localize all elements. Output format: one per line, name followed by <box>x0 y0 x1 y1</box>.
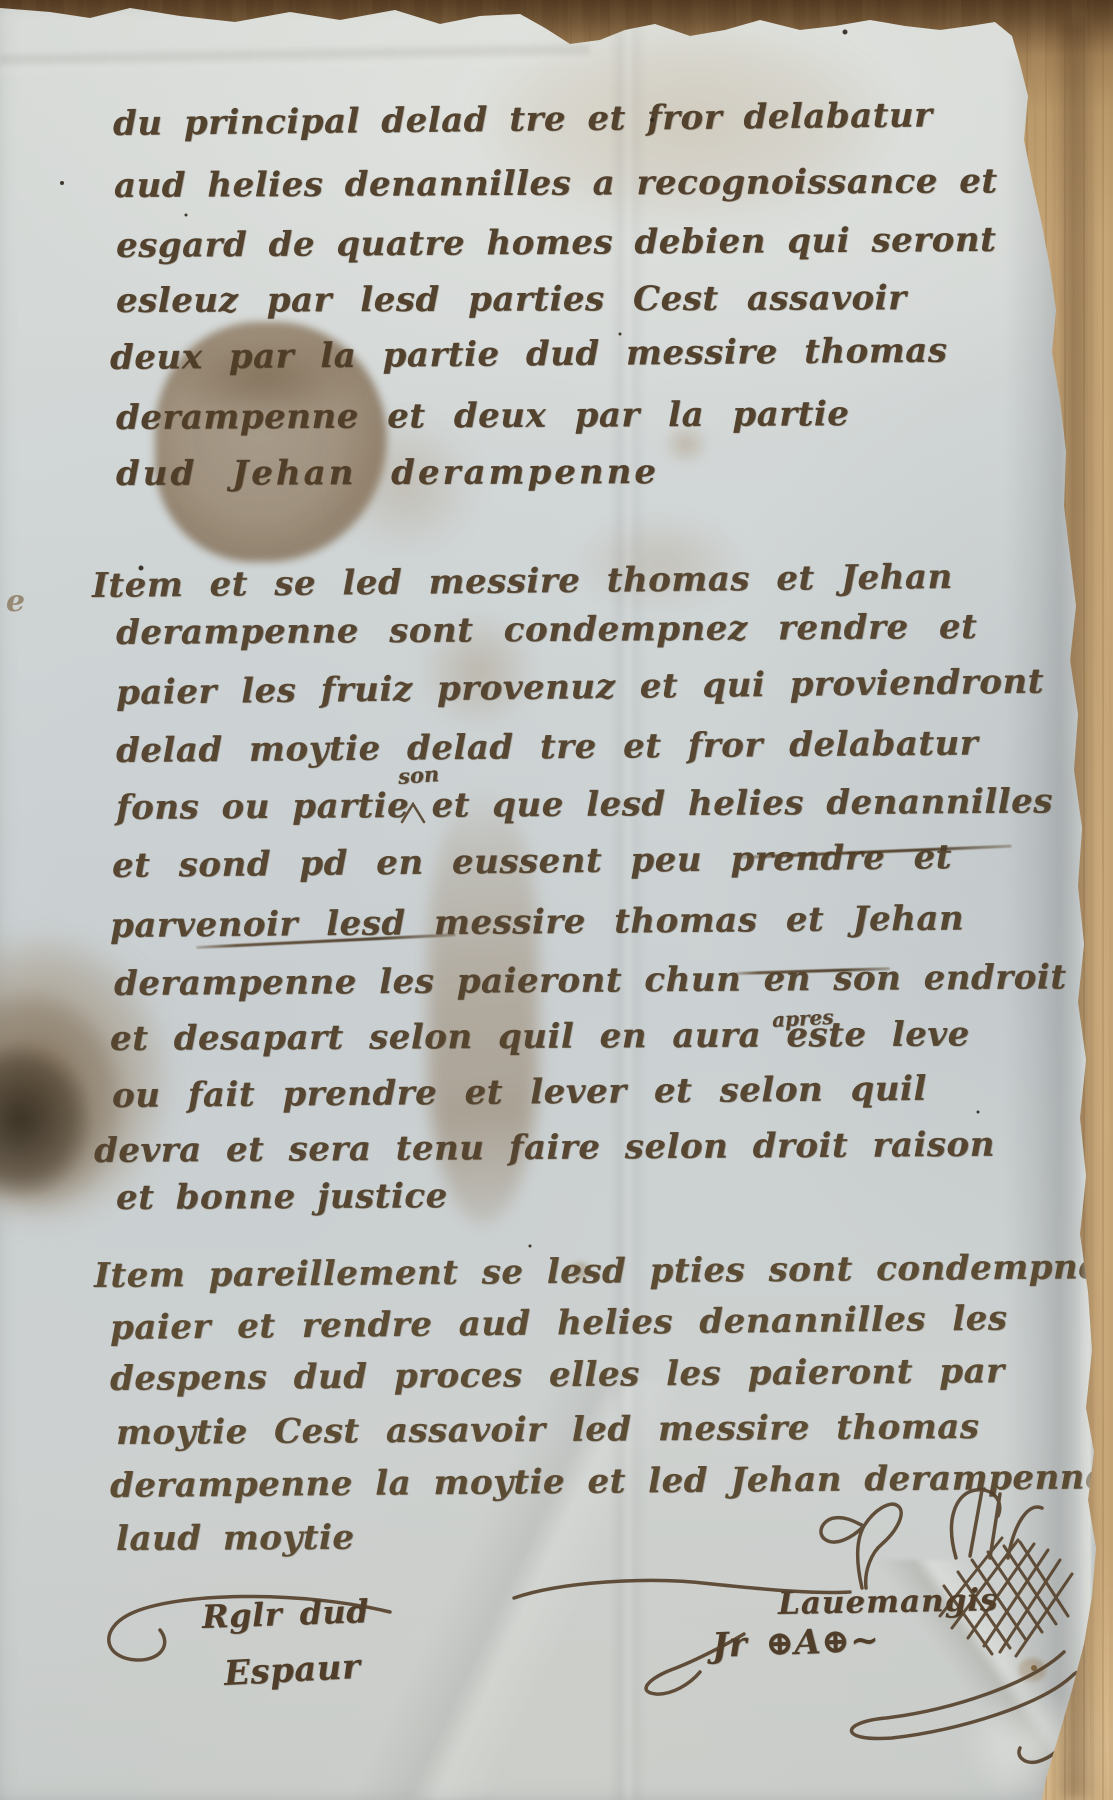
signature-right-j-swash <box>646 1634 744 1694</box>
signature-right-long-stroke <box>514 1580 850 1598</box>
paraph-crown <box>952 1490 1042 1558</box>
photographed-manuscript-scene: du principal delad tre et fror delabatur… <box>0 0 1113 1800</box>
paraph-leaf-loop <box>851 1652 1086 1762</box>
signature-left-flourish <box>109 1596 390 1660</box>
caret-mark <box>402 804 424 822</box>
paraph-lattice <box>940 1538 1072 1656</box>
pen-flourishes <box>0 0 1113 1800</box>
ink-specks <box>60 30 1037 1672</box>
signature-right-v-flourish <box>821 1504 901 1588</box>
manuscript-page: du principal delad tre et fror delabatur… <box>0 0 1113 1800</box>
